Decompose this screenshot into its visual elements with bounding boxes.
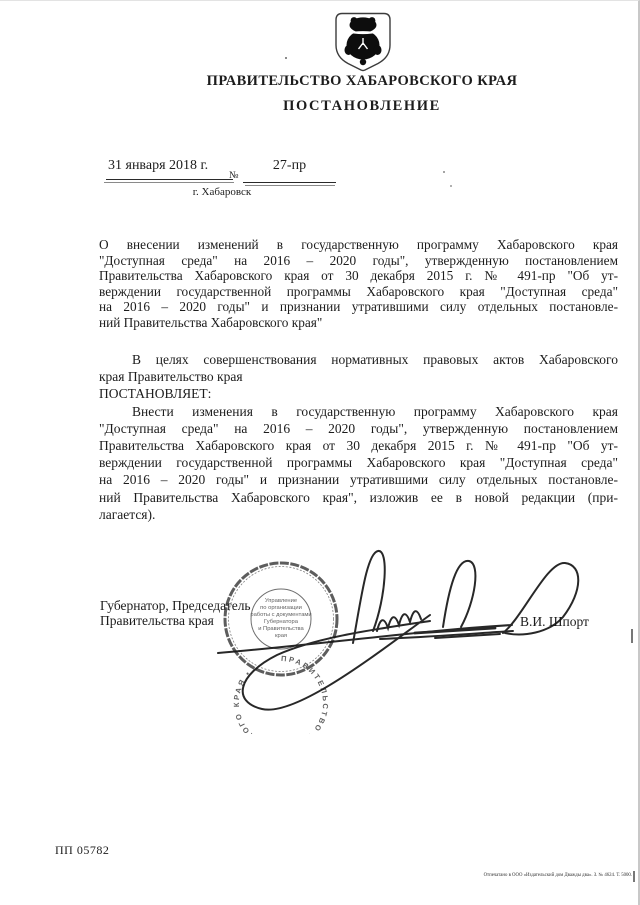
body-text: В целях совершенствования нормативных пр…	[99, 351, 618, 523]
number-underline	[243, 182, 336, 183]
handwritten-signature	[218, 551, 578, 710]
subject-line: О внесении изменений в государственную п…	[99, 237, 618, 253]
signatory-position-line: Правительства края	[100, 614, 251, 629]
stamp-center-text: Управление по организации работы с докум…	[250, 598, 311, 639]
scan-edge-mark	[631, 629, 633, 643]
scan-noise-dot	[443, 171, 445, 173]
scan-noise-dot	[450, 185, 452, 187]
body-line: верждении государственной программы Хаба…	[99, 454, 618, 471]
city-label: г. Хабаровск	[172, 186, 272, 198]
body-line: Правительства Хабаровского края от 30 де…	[99, 437, 618, 454]
subject-line: "Доступная среда" на 2016 – 2020 годы", …	[99, 253, 618, 269]
subject-line: Правительства Хабаровского края от 30 де…	[99, 268, 618, 284]
stamp-and-signature-overlay: ПРАВИТЕЛЬСТВО ХАБАРОВСКОГО КРАЯ • Управл…	[205, 539, 625, 734]
body-line: Внести изменения в государственную прогр…	[99, 403, 618, 420]
body-line: В целях совершенствования нормативных пр…	[99, 351, 618, 368]
svg-text:и Правительства: и Правительства	[258, 626, 304, 632]
scan-edge-mark	[633, 871, 635, 882]
svg-text:работы с документами: работы с документами	[250, 612, 311, 618]
svg-text:края: края	[275, 633, 287, 639]
body-line: лагается).	[99, 506, 618, 523]
footer-code: ПП 05782	[55, 843, 109, 858]
signatory-position: Губернатор, Председатель Правительства к…	[100, 599, 251, 628]
signatory-name: В.И. Шпорт	[520, 614, 589, 630]
subject-line: ний Правительства Хабаровского края"	[99, 315, 618, 331]
signatory-position-line: Губернатор, Председатель	[100, 599, 251, 614]
subject-line: верждении государственной программы Хаба…	[99, 284, 618, 300]
scan-noise-dot	[285, 57, 287, 59]
resolve-word: ПОСТАНОВЛЯЕТ:	[99, 385, 618, 402]
svg-text:Губернатора: Губернатора	[264, 619, 299, 625]
body-line: края Правительство края	[99, 368, 618, 385]
stamp-ring-text: ПРАВИТЕЛЬСТВО ХАБАРОВСКОГО КРАЯ •	[232, 654, 330, 734]
coat-of-arms-icon	[334, 12, 392, 72]
date-value: 31 января 2018 г.	[108, 158, 208, 174]
body-line: "Доступная среда" на 2016 – 2020 годы", …	[99, 420, 618, 437]
decree-document-page: ПРАВИТЕЛЬСТВО ХАБАРОВСКОГО КРАЯ ПОСТАНОВ…	[0, 0, 640, 905]
doc-type-title: ПОСТАНОВЛЕНИЕ	[84, 98, 640, 115]
date-underline-shadow	[104, 182, 234, 183]
svg-text:по организации: по организации	[260, 605, 302, 611]
body-line: ний Правительства Хабаровского края", из…	[99, 489, 618, 506]
subject-line: на 2016 – 2020 годы" и признании утратив…	[99, 299, 618, 315]
org-name: ПРАВИТЕЛЬСТВО ХАБАРОВСКОГО КРАЯ	[84, 73, 640, 90]
subject-paragraph: О внесении изменений в государственную п…	[99, 237, 618, 331]
number-sign: №	[229, 170, 239, 181]
svg-text:ПРАВИТЕЛЬСТВО ХАБАРОВСКОГО КРА: ПРАВИТЕЛЬСТВО ХАБАРОВСКОГО КРАЯ •	[232, 654, 330, 734]
body-line: на 2016 – 2020 годы" и признании утратив…	[99, 471, 618, 488]
date-underline	[106, 179, 233, 180]
svg-text:Управление: Управление	[265, 598, 297, 604]
print-info: Отпечатано в ООО «Издательский дом Дважд…	[422, 873, 632, 878]
official-stamp: ПРАВИТЕЛЬСТВО ХАБАРОВСКОГО КРАЯ • Управл…	[225, 563, 337, 734]
number-value: 27-пр	[243, 158, 336, 174]
